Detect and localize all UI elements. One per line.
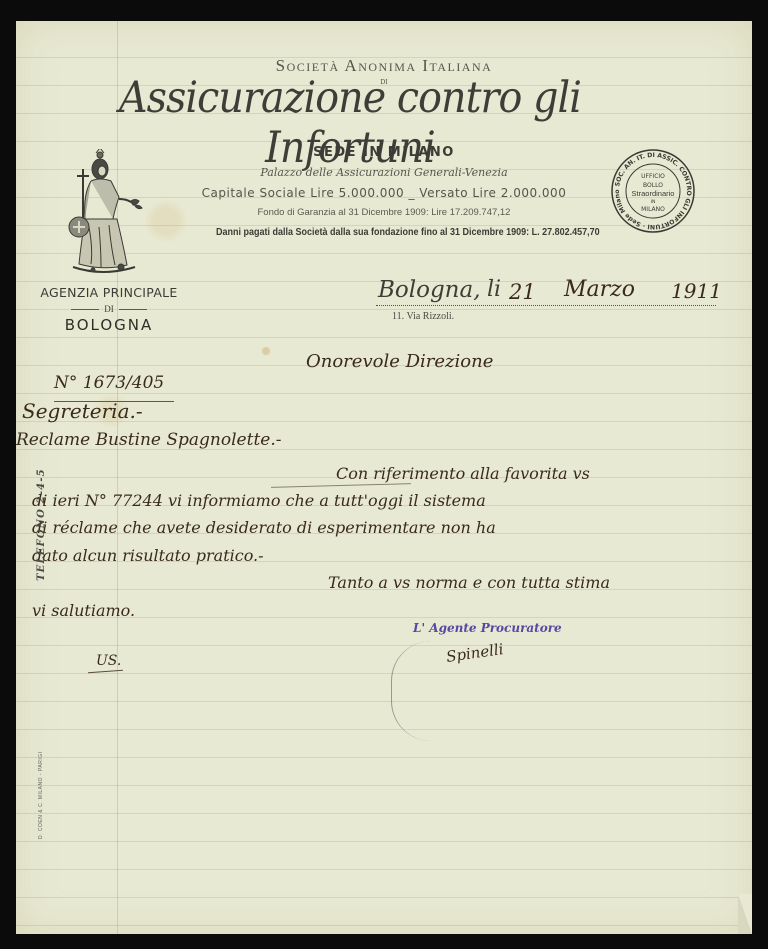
dateline-city: Bologna, (378, 277, 481, 303)
department: Segreteria.- (22, 399, 143, 423)
pencil-bracket (391, 641, 432, 741)
svg-text:IN: IN (651, 199, 656, 205)
svg-text:Straordinario: Straordinario (632, 189, 675, 198)
date-month: Marzo (564, 277, 635, 302)
svg-text:MILANO: MILANO (641, 206, 665, 213)
date-day: 21 (509, 280, 536, 304)
telephone-number: TELEFONO 2-4-5 (36, 468, 47, 581)
damages-paid: Danni pagati dalla Società dalla sua fon… (216, 227, 600, 238)
body-line: di réclame che avete desiderato di esper… (32, 518, 496, 537)
body-line: dato alcun risultato pratico.- (32, 546, 264, 565)
svg-text:BOLLO: BOLLO (643, 182, 663, 189)
street-address: 11. Via Rizzoli. (392, 311, 454, 322)
allegorical-figure-icon (63, 149, 153, 277)
date-year: 1911 (671, 279, 722, 303)
revenue-stamp-seal-icon: SOC. AN. IT. DI ASSIC. CONTRO GLI INFORT… (610, 148, 696, 234)
dateline-li: li (487, 277, 501, 302)
salutation: Onorevole Direzione (306, 351, 493, 372)
body-line: vi salutiamo. (32, 601, 135, 620)
protocol-number: N° 1673/405 (54, 373, 164, 393)
signature: Spinelli (445, 640, 505, 666)
body-line: Tanto a vs norma e con tutta stima (328, 573, 610, 592)
body-line: di ieri N° 77244 vi informiamo che a tut… (32, 491, 486, 510)
body-line: Con riferimento alla favorita vs (336, 464, 590, 483)
letter-sheet: Società Anonima Italiana DI Assicurazion… (16, 21, 752, 934)
printer-imprint: D. COEN & C. MILANO - PARIGI (38, 751, 44, 839)
corner-fold (738, 894, 752, 934)
agency-city: BOLOGNA (34, 316, 184, 334)
svg-text:UFFICIO: UFFICIO (641, 173, 665, 180)
initials: US. (96, 653, 121, 669)
pen-flourish (271, 483, 411, 488)
agency-di: DI (34, 304, 184, 314)
agency-title: AGENZIA PRINCIPALE (34, 285, 184, 300)
signature-stamp: L' Agente Procuratore (413, 621, 562, 635)
subject: Reclame Bustine Spagnolette.- (16, 430, 281, 450)
